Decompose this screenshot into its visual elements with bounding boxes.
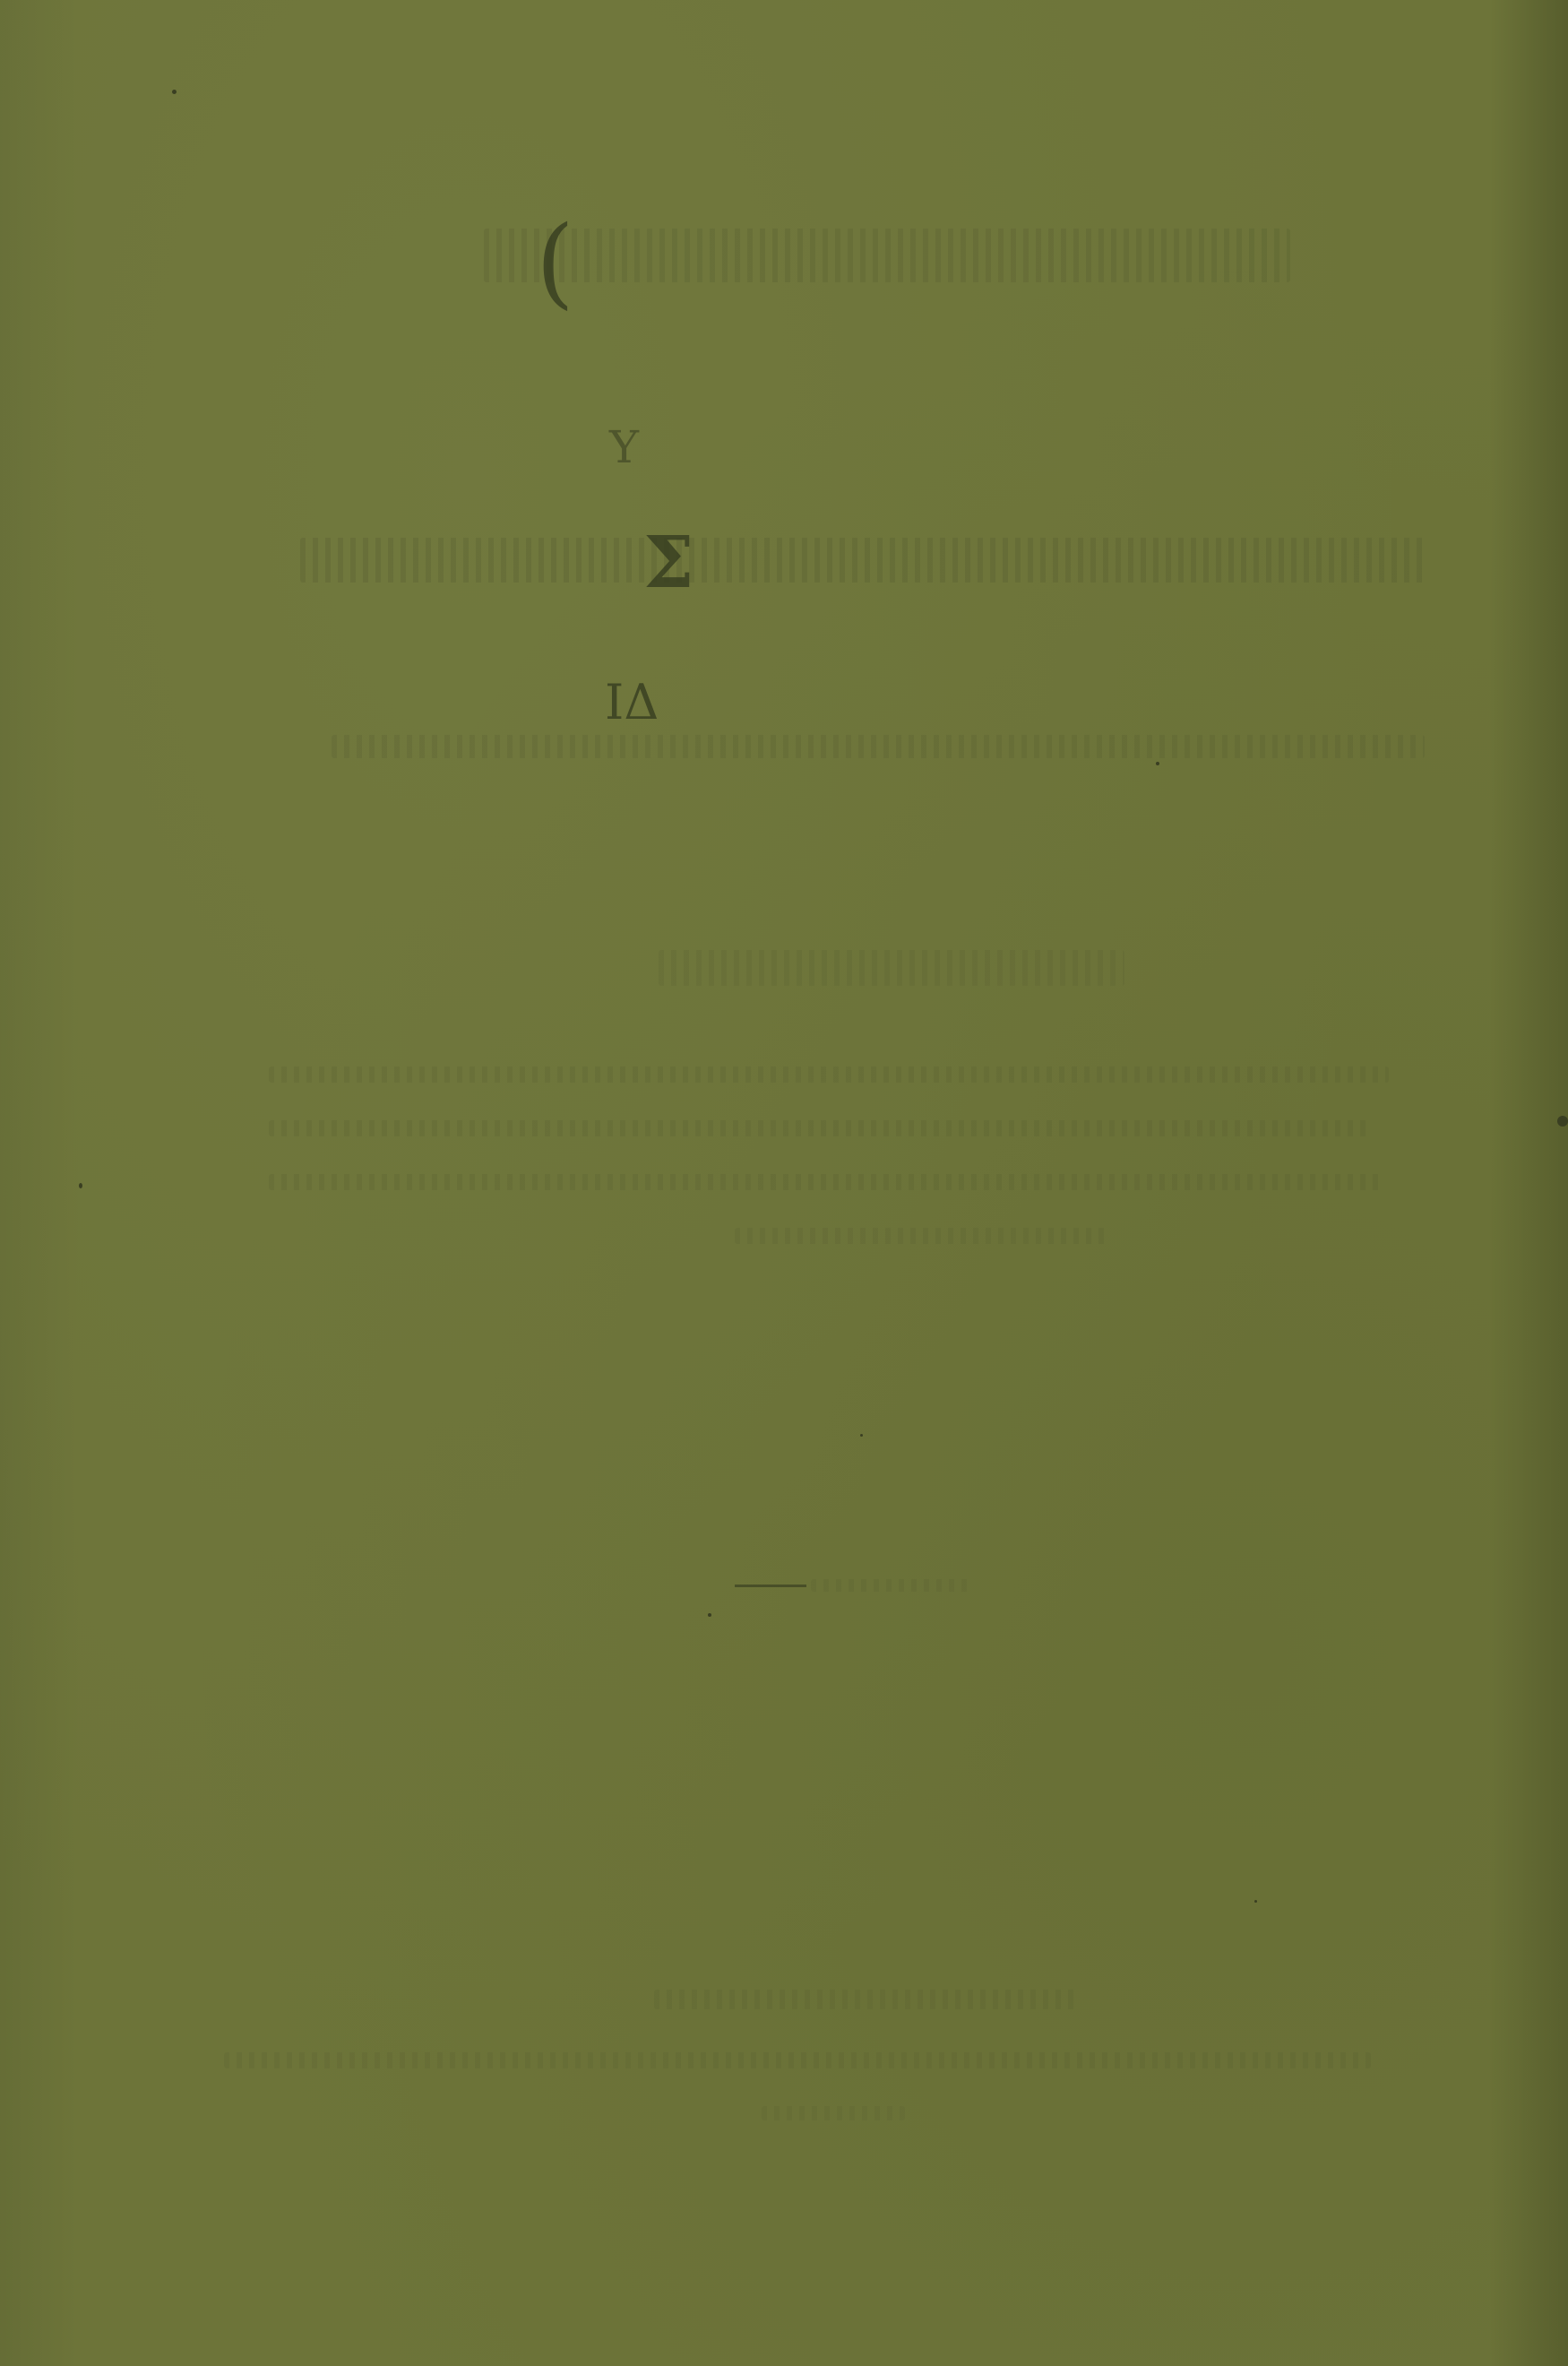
ink-speck: [1156, 762, 1159, 765]
sigma-glyph: Σ: [643, 520, 694, 604]
imprint-publisher: [224, 2052, 1371, 2068]
section-heading: [659, 950, 1124, 986]
upsilon-glyph: Υ: [609, 421, 639, 473]
imprint-place: [654, 1990, 1075, 2009]
paragraph-line: [735, 1228, 1111, 1244]
ink-speck: [1254, 1900, 1257, 1903]
paragraph-line: [269, 1066, 1389, 1083]
paragraph-line: [269, 1120, 1371, 1136]
imprint-year: [762, 2106, 905, 2120]
ink-speck: [860, 1434, 863, 1437]
iota-delta-glyph: ΙΔ: [605, 674, 659, 730]
ink-speck: [79, 1183, 82, 1188]
divider-text: [811, 1579, 972, 1592]
ink-speck: [708, 1613, 711, 1617]
subtitle-line: [332, 735, 1425, 758]
ink-speck: [1557, 1116, 1568, 1127]
ink-speck: [172, 90, 177, 94]
author-line: [300, 538, 1425, 583]
title-paren: (: [536, 204, 574, 319]
paragraph-line: [269, 1174, 1380, 1190]
divider: [735, 1585, 806, 1587]
title-line: [484, 229, 1290, 282]
